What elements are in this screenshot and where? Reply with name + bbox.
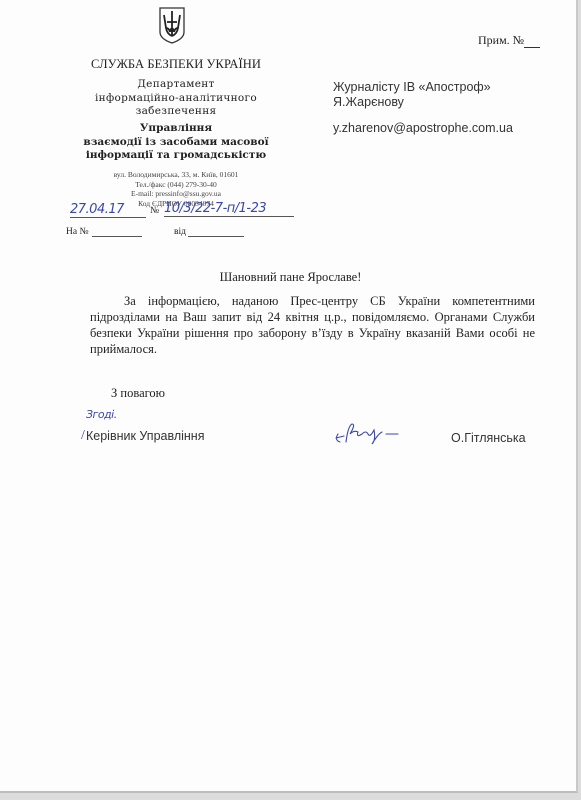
recipient-block: Журналісту ІВ «Апостроф» Я.Жарєнову [333, 80, 491, 110]
trident-coat-of-arms-icon [158, 6, 186, 44]
incoming-date-field [188, 236, 244, 237]
department-line: забезпечення [60, 105, 292, 119]
address: вул. Володимирська, 33, м. Київ, 01601 [60, 170, 292, 180]
directorate-line: інформації та громадськістю [60, 149, 292, 163]
letter-page: СЛУЖБА БЕЗПЕКИ УКРАЇНИ Департамент інфор… [0, 0, 578, 793]
salutation: Шановний пане Ярославе! [0, 270, 581, 285]
note-number-blank [524, 36, 540, 48]
incoming-from-label: від [174, 227, 186, 237]
department-name: Департамент інформаційно-аналітичного за… [60, 78, 292, 119]
outgoing-date: 27.04.17 [70, 202, 146, 218]
department-line: Департамент [60, 78, 292, 92]
directorate-name: Управління взаємодії із засобами масової… [60, 122, 292, 163]
recipient-email: y.zharenov@apostrophe.com.ua [333, 121, 513, 135]
note-number: Прим. № [478, 33, 540, 48]
approval-initials: Згоді. [86, 408, 117, 421]
number-sign: № [150, 206, 159, 216]
recipient-title: Журналісту ІВ «Апостроф» [333, 80, 491, 95]
note-number-label: Прим. № [478, 33, 524, 47]
signer-position: Керівник Управління [86, 429, 204, 443]
email-contact: E-mail: pressinfo@ssu.gov.ua [60, 189, 292, 199]
incoming-number-label: На № [66, 227, 89, 237]
recipient-name: Я.Жарєнову [333, 95, 491, 110]
department-line: інформаційно-аналітичного [60, 92, 292, 106]
organization-name: СЛУЖБА БЕЗПЕКИ УКРАЇНИ [60, 57, 292, 72]
phone-fax: Тел./факс (044) 279-30-40 [60, 180, 292, 190]
incoming-reference: На № від [66, 225, 296, 239]
directorate-line: Управління [60, 122, 292, 136]
approval-slash-mark: / [81, 428, 85, 444]
incoming-number-field [92, 236, 142, 237]
outgoing-number: 10/3/22-7-п/1-23 [164, 201, 294, 217]
directorate-line: взаємодії із засобами масової [60, 136, 292, 150]
outgoing-reference: 27.04.17 № 10/3/22-7-п/1-23 [66, 201, 296, 221]
handwritten-signature-icon [332, 420, 406, 446]
signer-name: О.Гітлянська [451, 431, 526, 445]
letter-body: За інформацією, наданою Прес-центру СБ У… [90, 293, 535, 357]
closing-regards: З повагою [111, 386, 165, 401]
